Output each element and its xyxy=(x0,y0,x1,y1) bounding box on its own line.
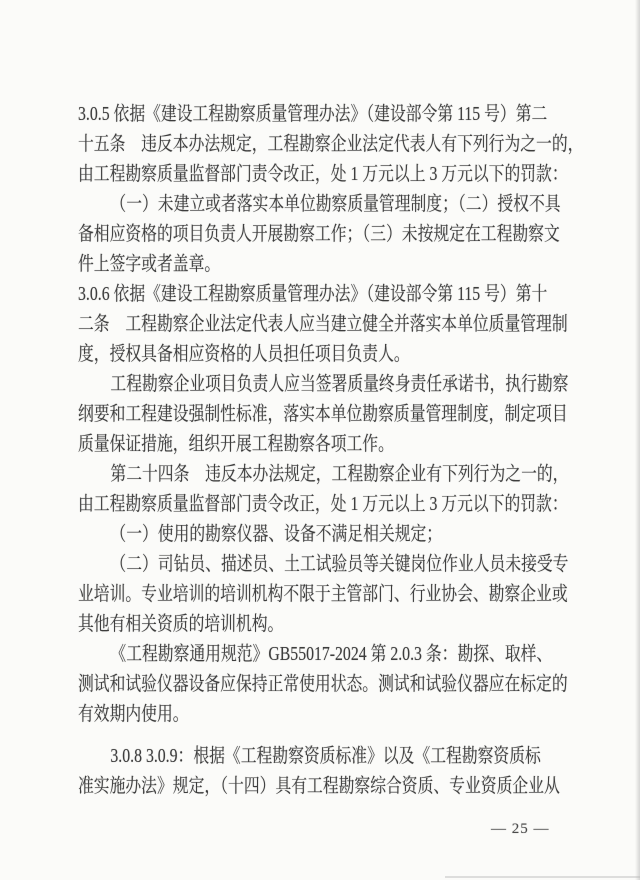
clause-25-items: （一）未建立或者落实本单位勘察质量管理制度；（二）授权不具备相应资格的项目负责人… xyxy=(78,190,578,280)
text-line: 件上签字或者盖章。 xyxy=(78,250,483,280)
text-line: 十五条 违反本办法规定，工程勘察企业法定代表人有下列行为之一的， xyxy=(78,130,483,160)
text-line: 业培训。专业培训的培训机构不限于主管部门、行业协会、勘察企业或 xyxy=(78,580,483,610)
document-page: 3.0.5 依据《建设工程勘察质量管理办法》（建设部令第 115 号）第二十五条… xyxy=(0,0,640,880)
text-line: 纲要和工程建设强制性标准，落实本单位勘察质量管理制度，制定项目 xyxy=(78,400,483,430)
clause-3-0-6: 3.0.6 依据《建设工程勘察质量管理办法》（建设部令第 115 号）第十二条 … xyxy=(78,280,578,370)
text-line: 《工程勘察通用规范》GB55017-2024 第 2.0.3 条：勘探、取样、 xyxy=(78,640,483,670)
text-line: 由工程勘察质量监督部门责令改正，处 1 万元以上 3 万元以下的罚款： xyxy=(78,490,483,520)
text-line: 备相应资格的项目负责人开展勘察工作；（三）未按规定在工程勘察文 xyxy=(78,220,483,250)
text-line: 第二十四条 违反本办法规定，工程勘察企业有下列行为之一的， xyxy=(78,460,483,490)
text-line: （一）使用的勘察仪器、设备不满足相关规定； xyxy=(78,520,483,550)
text-line: （一）未建立或者落实本单位勘察质量管理制度；（二）授权不具 xyxy=(78,190,483,220)
text-line: 3.0.8 3.0.9：根据《工程勘察资质标准》以及《工程勘察资质标 xyxy=(78,742,483,772)
text-line: 准实施办法》规定，（十四）具有工程勘察综合资质、专业资质企业从 xyxy=(78,772,483,802)
text-line: 其他有相关资质的培训机构。 xyxy=(78,610,483,640)
text-line: 3.0.5 依据《建设工程勘察质量管理办法》（建设部令第 115 号）第二 xyxy=(78,100,483,130)
page-number: — 25 — xyxy=(491,821,550,838)
text-line: 二条 工程勘察企业法定代表人应当建立健全并落实本单位质量管理制 xyxy=(78,310,483,340)
text-line: 由工程勘察质量监督部门责令改正，处 1 万元以上 3 万元以下的罚款： xyxy=(78,160,483,190)
article-24-item-2: （二）司钻员、描述员、土工试验员等关键岗位作业人员未接受专业培训。专业培训的培训… xyxy=(78,550,578,640)
text-line: 有效期内使用。 xyxy=(78,700,483,730)
gb55017-quote: 《工程勘察通用规范》GB55017-2024 第 2.0.3 条：勘探、取样、测… xyxy=(78,640,578,730)
document-body: 3.0.5 依据《建设工程勘察质量管理办法》（建设部令第 115 号）第二十五条… xyxy=(78,100,578,802)
clause-3-0-5: 3.0.5 依据《建设工程勘察质量管理办法》（建设部令第 115 号）第二十五条… xyxy=(78,100,578,190)
text-line: 测试和试验仪器设备应保持正常使用状态。测试和试验仪器应在标定的 xyxy=(78,670,483,700)
clause-3-0-8-3-0-9: 3.0.8 3.0.9：根据《工程勘察资质标准》以及《工程勘察资质标准实施办法》… xyxy=(78,742,578,802)
scan-edge-right xyxy=(635,0,640,880)
project-leader-duties: 工程勘察企业项目负责人应当签署质量终身责任承诺书，执行勘察纲要和工程建设强制性标… xyxy=(78,370,578,460)
article-24: 第二十四条 违反本办法规定，工程勘察企业有下列行为之一的，由工程勘察质量监督部门… xyxy=(78,460,578,520)
text-line: 质量保证措施，组织开展工程勘察各项工作。 xyxy=(78,430,483,460)
article-24-item-1: （一）使用的勘察仪器、设备不满足相关规定； xyxy=(78,520,578,550)
text-line: 工程勘察企业项目负责人应当签署质量终身责任承诺书，执行勘察 xyxy=(78,370,483,400)
scan-edge-bottom xyxy=(445,876,640,878)
text-line: 度，授权具备相应资格的人员担任项目负责人。 xyxy=(78,340,483,370)
text-line: （二）司钻员、描述员、土工试验员等关键岗位作业人员未接受专 xyxy=(78,550,483,580)
text-line: 3.0.6 依据《建设工程勘察质量管理办法》（建设部令第 115 号）第十 xyxy=(78,280,483,310)
